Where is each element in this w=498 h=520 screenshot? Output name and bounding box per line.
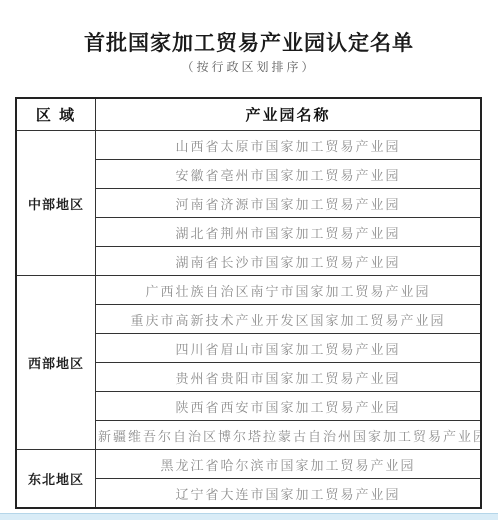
park-cell: 广西壮族自治区南宁市国家加工贸易产业园: [96, 276, 482, 305]
document-page: 首批国家加工贸易产业园认定名单 （按行政区划排序） 区 域 产业园名称 中部地区…: [0, 0, 498, 520]
table-row: 中部地区 山西省太原市国家加工贸易产业园: [16, 131, 481, 160]
park-cell: 黑龙江省哈尔滨市国家加工贸易产业园: [96, 450, 482, 479]
region-column-header: 区 域: [16, 98, 96, 131]
table-row: 东北地区 黑龙江省哈尔滨市国家加工贸易产业园: [16, 450, 481, 479]
table-header-row: 区 域 产业园名称: [16, 98, 481, 131]
park-cell: 山西省太原市国家加工贸易产业园: [96, 131, 482, 160]
document-subtitle: （按行政区划排序）: [0, 58, 498, 75]
parks-table: 区 域 产业园名称 中部地区 山西省太原市国家加工贸易产业园 安徽省亳州市国家加…: [15, 97, 482, 509]
park-cell: 新疆维吾尔自治区博尔塔拉蒙古自治州国家加工贸易产业园: [96, 421, 482, 450]
document-title: 首批国家加工贸易产业园认定名单: [0, 27, 498, 57]
park-cell: 陕西省西安市国家加工贸易产业园: [96, 392, 482, 421]
park-cell: 湖北省荆州市国家加工贸易产业园: [96, 218, 482, 247]
park-cell: 湖南省长沙市国家加工贸易产业园: [96, 247, 482, 276]
region-cell-central: 中部地区: [16, 131, 96, 276]
park-cell: 重庆市高新技术产业开发区国家加工贸易产业园: [96, 305, 482, 334]
park-cell: 贵州省贵阳市国家加工贸易产业园: [96, 363, 482, 392]
park-cell: 四川省眉山市国家加工贸易产业园: [96, 334, 482, 363]
region-cell-western: 西部地区: [16, 276, 96, 450]
page-bottom-bar: [0, 513, 498, 520]
park-name-column-header: 产业园名称: [96, 98, 482, 131]
park-cell: 河南省济源市国家加工贸易产业园: [96, 189, 482, 218]
park-cell: 安徽省亳州市国家加工贸易产业园: [96, 160, 482, 189]
region-cell-northeast: 东北地区: [16, 450, 96, 509]
park-cell: 辽宁省大连市国家加工贸易产业园: [96, 479, 482, 509]
table-row: 西部地区 广西壮族自治区南宁市国家加工贸易产业园: [16, 276, 481, 305]
